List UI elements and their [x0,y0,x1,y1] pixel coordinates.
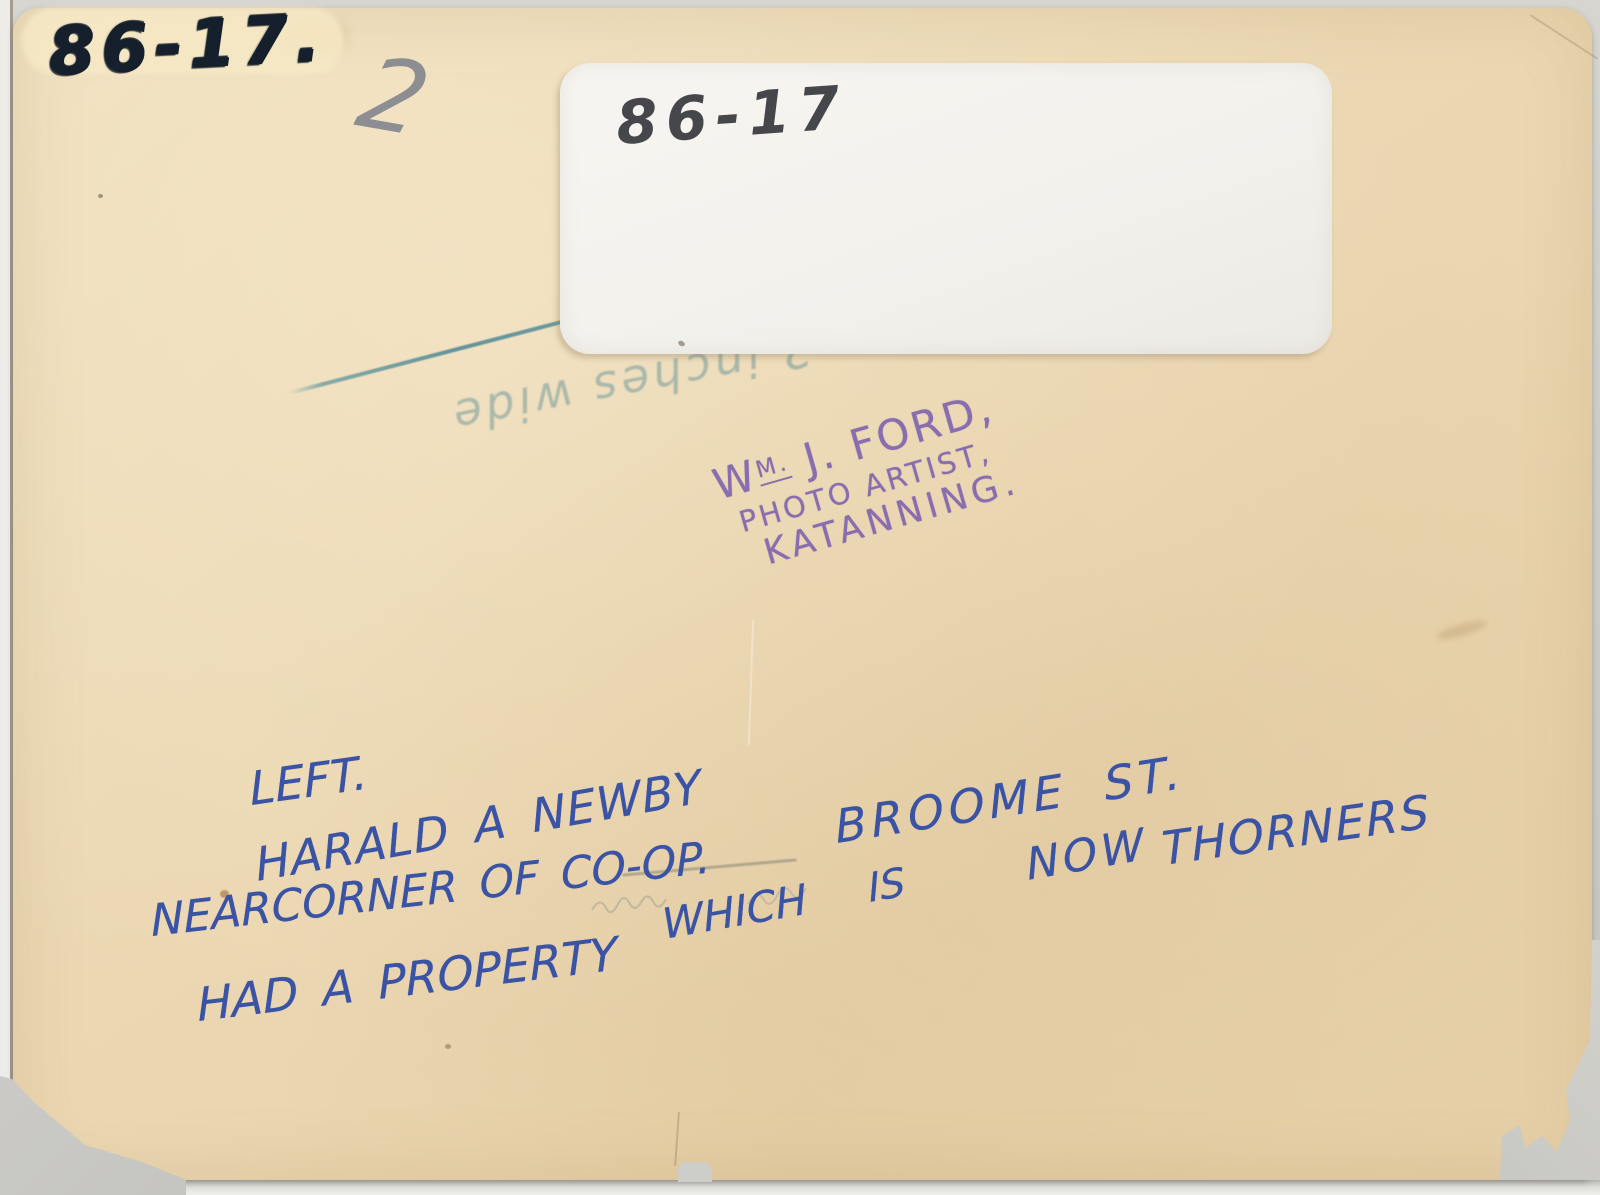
caption-word-is: IS [866,860,907,912]
scanner-edge-strip [0,0,13,1195]
photo-verso-scan: 86-17. 2 2 inches wide 86-17 WM. J. FORD… [0,0,1600,1195]
torn-chip [678,1162,712,1182]
scanner-background-bottom [0,1178,1600,1195]
archival-label: 86-17 [560,63,1332,354]
catalog-number-ink: 86-17. [46,0,328,90]
speck [445,1044,451,1049]
speck [98,194,103,198]
speck [677,340,686,348]
label-number: 86-17 [614,73,850,159]
